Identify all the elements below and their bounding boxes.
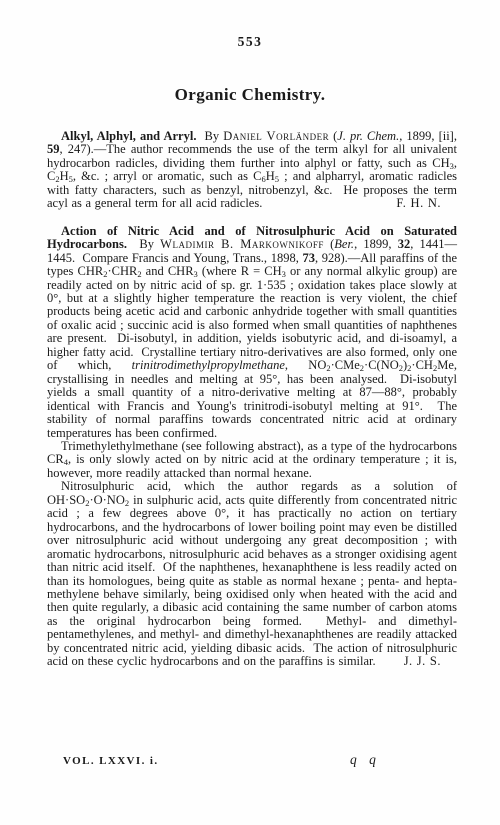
text-segment: Alkyl, Alphyl, and Arryl. <box>61 129 196 143</box>
text-segment: By <box>196 129 223 143</box>
signature-mark: q q <box>350 752 376 768</box>
abstract-paragraph: Trimethylethylmethane (see following abs… <box>47 440 457 480</box>
text-segment: , &c. ; arryl or aromatic, such as C <box>73 169 262 183</box>
text-segment: By <box>127 237 160 251</box>
text-segment: or any normal alkylic group) are readily… <box>47 264 457 372</box>
text-segment: ·CMe <box>331 358 360 372</box>
text-segment: (where R = CH <box>198 264 282 278</box>
abstract-paragraph: Alkyl, Alphyl, and Arryl. By Daniel Vorl… <box>47 130 457 211</box>
text-segment: J. pr. Chem. <box>337 129 399 143</box>
text-block: Alkyl, Alphyl, and Arryl. By Daniel Vorl… <box>47 130 457 669</box>
text-segment: , is only slowly acted on by nitric acid… <box>47 452 457 479</box>
journal-page: 553 Organic Chemistry. Alkyl, Alphyl, an… <box>0 0 500 825</box>
article-action-of-nitric-acid: Action of Nitric Acid and of Nitrosulphu… <box>47 225 457 669</box>
text-segment: ·C(NO <box>364 358 399 372</box>
author-name: Wladimir B. Markownikoff <box>160 237 324 251</box>
attribution: F. H. N. <box>382 197 441 210</box>
text-segment: 73 <box>302 251 315 265</box>
section-title: Organic Chemistry. <box>0 85 500 105</box>
abstract-paragraph: Action of Nitric Acid and of Nitrosulphu… <box>47 225 457 440</box>
page-number: 553 <box>0 34 500 50</box>
attribution: J. J. S. <box>390 655 441 668</box>
author-name: Daniel Vorländer <box>223 129 329 143</box>
text-segment: 32 <box>398 237 411 251</box>
text-segment: ( <box>324 237 334 251</box>
article-alkyl-alphyl-and-arryl: Alkyl, Alphyl, and Arryl. By Daniel Vorl… <box>47 130 457 211</box>
text-segment: H <box>266 169 275 183</box>
text-segment: Ber. <box>334 237 354 251</box>
text-segment: ·CHR <box>107 264 137 278</box>
text-segment: ·O·NO <box>89 493 124 507</box>
text-segment: , NO <box>285 358 326 372</box>
text-segment: , 247).—The author recommends the use of… <box>47 142 457 169</box>
text-segment: , 1899, <box>354 237 398 251</box>
text-segment: ·CH <box>411 358 433 372</box>
abstract-paragraph: Nitrosulphuric acid, which the author re… <box>47 480 457 668</box>
text-segment: and CHR <box>142 264 194 278</box>
volume-footer: VOL. LXXVI. i. <box>63 755 158 767</box>
text-segment: 59 <box>47 142 60 156</box>
text-segment: in sulphuric acid, acts quite differentl… <box>47 493 457 668</box>
text-segment: , 1899, [ii], <box>399 129 457 143</box>
text-segment: H <box>60 169 69 183</box>
text-segment: trinitrodimethylpropylmethane <box>132 358 285 372</box>
